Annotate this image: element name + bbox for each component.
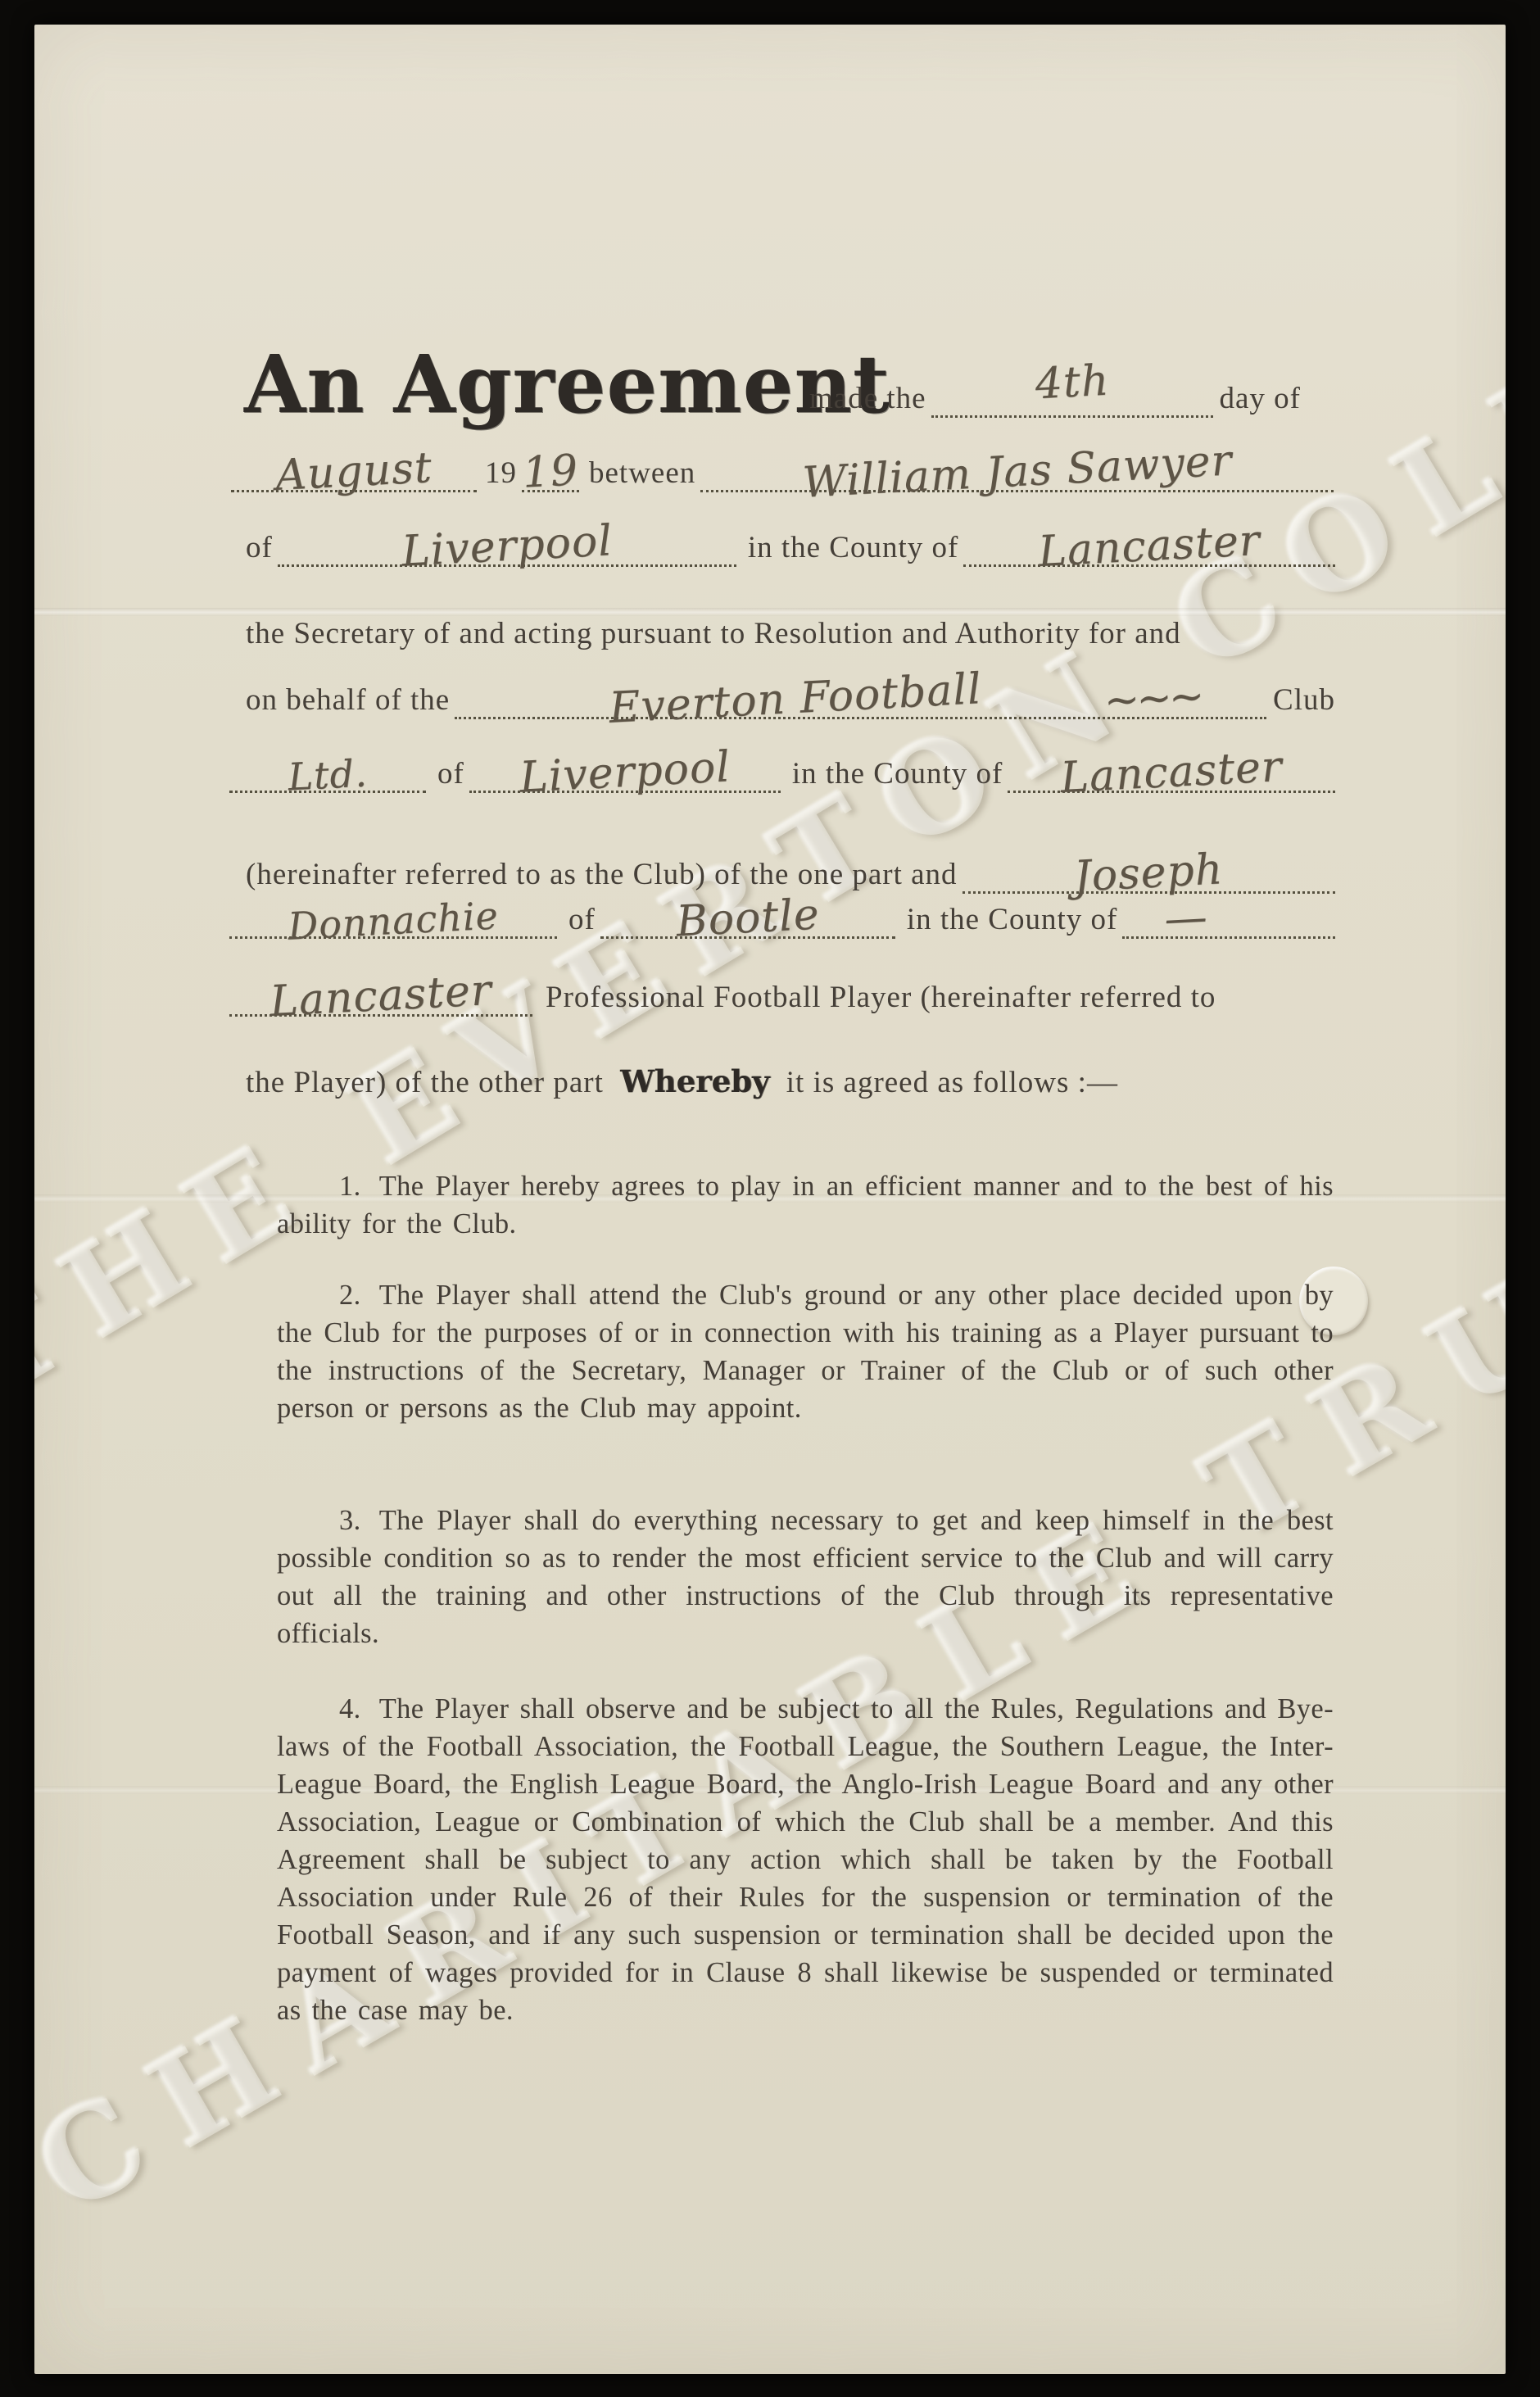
- handwritten-flourish: ~~~: [1103, 675, 1203, 723]
- club-county-fill-line: Lancaster: [1008, 782, 1335, 793]
- whereby-word: Whereby: [612, 1063, 777, 1099]
- between-label: between: [579, 455, 700, 492]
- club-name-fill-line: Everton Football ~~~: [455, 708, 1266, 719]
- county-label: in the County of: [736, 530, 964, 567]
- handwritten-day: 4th: [1034, 360, 1110, 406]
- clause-3: 3.The Player shall do everything necessa…: [277, 1502, 1334, 1652]
- club-residence-row: Ltd. of Liverpool in the County of Lanca…: [229, 739, 1335, 793]
- handwritten-party2-place: Bootle: [675, 893, 821, 943]
- handwritten-club-place: Liverpool: [519, 745, 731, 799]
- handwritten-club-form: Ltd.: [287, 754, 368, 795]
- document-photo: { "doc": { "title": "An Agreement", "mad…: [0, 0, 1540, 2397]
- handwritten-party1-name: William Jas Sawyer: [801, 439, 1233, 504]
- handwritten-party1-county: Lancaster: [1037, 519, 1261, 573]
- party1-name-fill-line: William Jas Sawyer: [700, 481, 1334, 492]
- handwritten-party1-place: Liverpool: [401, 519, 614, 573]
- club-name-row: on behalf of the Everton Football ~~~ Cl…: [246, 665, 1335, 719]
- clause-text: The Player hereby agrees to play in an e…: [277, 1171, 1334, 1239]
- party2-last-fill-line: Donnachie: [229, 927, 557, 939]
- handwritten-month: August: [274, 446, 433, 497]
- whereby-post: it is agreed as follows :—: [786, 1066, 1118, 1099]
- handwritten-party2-last: Donnachie: [287, 896, 500, 945]
- handwritten-year: 19: [522, 449, 580, 494]
- clause-number: 2.: [339, 1280, 361, 1311]
- county-label: in the County of: [895, 902, 1123, 939]
- date-day-row: made the 4th day of: [809, 367, 1301, 418]
- month-parties-row: August 19 19 between William Jas Sawyer: [231, 438, 1334, 492]
- clause-number: 1.: [339, 1171, 361, 1202]
- of-label: of: [426, 756, 469, 793]
- whereby-pre: the Player) of the other part: [246, 1066, 604, 1099]
- made-the-label: made the: [809, 381, 931, 418]
- club-form-fill-line: Ltd.: [229, 782, 426, 793]
- secretary-line: the Secretary of and acting pursuant to …: [246, 616, 1181, 651]
- document-title: An Agreement: [244, 338, 890, 431]
- county-label: in the County of: [781, 756, 1008, 793]
- player-description-row: Lancaster Professional Football Player (…: [229, 963, 1335, 1017]
- of-label: of: [246, 530, 278, 567]
- party2-county-fill-line: —: [1122, 927, 1335, 939]
- player-line: Professional Football Player (hereinafte…: [532, 980, 1221, 1017]
- clause-1: 1.The Player hereby agrees to play in an…: [277, 1167, 1334, 1243]
- party1-place-fill-line: Liverpool: [278, 555, 736, 567]
- of-label: of: [557, 902, 600, 939]
- year-printed: 19: [477, 455, 522, 492]
- club-place-fill-line: Liverpool: [469, 782, 781, 793]
- party2-residence-row: Donnachie of Bootle in the County of —: [229, 885, 1335, 939]
- party2-county-written-fill-line: Lancaster: [229, 1005, 532, 1017]
- handwritten-club-county: Lancaster: [1059, 745, 1284, 800]
- party1-residence-row: of Liverpool in the County of Lancaster: [246, 513, 1335, 567]
- party2-place-fill-line: Bootle: [600, 927, 895, 939]
- clause-text: The Player shall do everything necessary…: [277, 1505, 1334, 1649]
- handwritten-party2-county: Lancaster: [269, 969, 493, 1023]
- agreement-page: THE EVERTON COLLECTION CHARITABLE TRUST …: [34, 25, 1506, 2374]
- clause-4: 4.The Player shall observe and be subjec…: [277, 1690, 1334, 2029]
- whereby-line: the Player) of the other part Whereby it…: [246, 1063, 1118, 1100]
- clause-text: The Player shall attend the Club's groun…: [277, 1280, 1334, 1424]
- day-of-label: day of: [1213, 381, 1302, 418]
- clause-text: The Player shall observe and be subject …: [277, 1693, 1334, 2026]
- fold-crease: [34, 608, 1506, 616]
- month-fill-line: August: [231, 481, 477, 492]
- clause-2: 2.The Player shall attend the Club's gro…: [277, 1276, 1334, 1427]
- party1-county-fill-line: Lancaster: [963, 555, 1335, 567]
- clause-number: 4.: [339, 1693, 361, 1724]
- clause-number: 3.: [339, 1505, 361, 1536]
- club-label: Club: [1266, 682, 1335, 719]
- year-fill-line: 19: [522, 481, 579, 492]
- handwritten-club-name: Everton Football: [609, 668, 984, 730]
- day-fill-line: 4th: [931, 406, 1213, 418]
- handwritten-county-ditto-mark: —: [1163, 896, 1209, 941]
- behalf-label: on behalf of the: [246, 682, 455, 719]
